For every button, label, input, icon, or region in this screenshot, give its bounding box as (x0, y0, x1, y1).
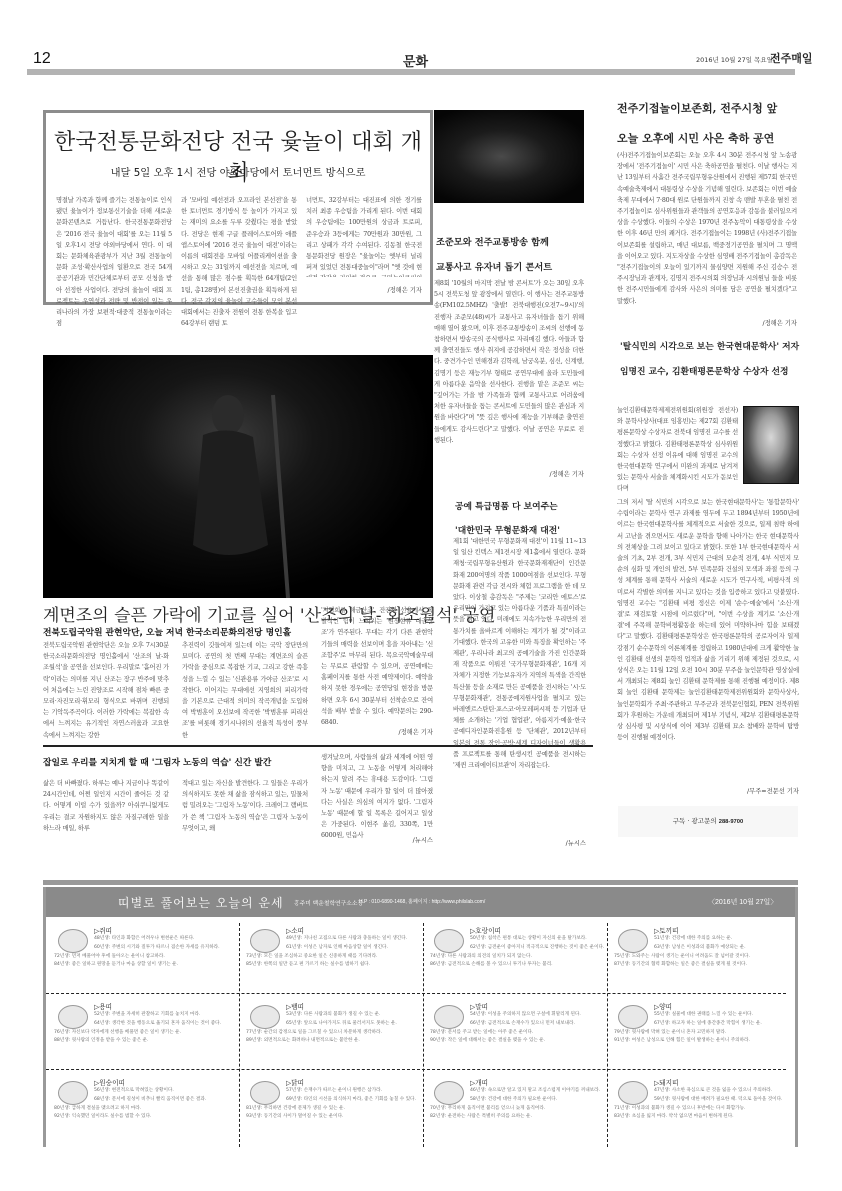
shadow-byline: /뉴시스 (321, 835, 433, 844)
craft-body: 제1회 '대한민국 무형문화재 대전'이 11월 11~13일 일산 킨텍스 제… (453, 536, 586, 836)
header-divider (27, 69, 795, 75)
lead-column-1: 명절날 가족과 함께 즐기는 전통놀이로 인식됐던 윷놀이가 정보통신기술을 더… (56, 195, 172, 329)
fortune-line: 76년생: 자신보다 약자에게 선행을 베풀면 좋은 일이 생기는 운. (54, 1029, 234, 1038)
subscription-phone: 288-9700 (719, 819, 744, 825)
kijeop-headline-1: 전주기접놀이보존회, 전주시청 앞 (617, 100, 777, 116)
horoscope-contact: H.P : 010-6890-1468, 홈페이지 : http://www.p… (359, 898, 485, 905)
zodiac-name: ▷닭띠 (286, 1077, 304, 1087)
fortune-line: 54년생: 이성을 주의하지 않으면 구설에 휘말리게 된다. (430, 1011, 610, 1020)
grid-divider (239, 923, 240, 1147)
zodiac-name: ▷돼지띠 (654, 1077, 679, 1087)
fortune-line: 72년생: 먼저 베풀어야 후에 돌아오는 운이니 참고하라. (54, 953, 234, 962)
craft-byline: /뉴시스 (453, 838, 586, 847)
craft-headline-2: '대한민국 무형문화재 대전' (455, 523, 560, 536)
zodiac-dragon: ▷용띠 52년생: 주변을 자세히 관찰하고 기회를 놓치지 마라.64년생: … (54, 1001, 234, 1071)
fortune-line: 84년생: 좋은 일하고 원망을 듣거나 마음 상할 일이 생기는 운. (54, 961, 234, 970)
sanjo-subheadline: 전북도립국악원 관현악단, 오늘 저녁 한국소리문화의전당 명인홀 (43, 625, 291, 638)
fortune-line: 65년생: 앞으로 나아가지도 뒤로 물러서지도 못하는 운. (246, 1020, 426, 1029)
zodiac-name: ▷쥐띠 (94, 925, 112, 935)
zodiac-name: ▷소띠 (286, 925, 304, 935)
page-number: 12 (33, 50, 51, 68)
gayageum-performer-photo (43, 355, 433, 598)
fortune-line: 88년생: 윗사람의 인정을 받을 수 있는 좋은 운. (54, 1037, 234, 1046)
horoscope-title: 띠별로 풀어보는 오늘의 운세 (118, 894, 284, 911)
fortune-line: 68년생: 문서에 길성이 비추니 빨리 움직이면 좋은 결과. (54, 1096, 234, 1105)
fortune-line: 80년생: 급하게 결실을 맺으려고 하지 마라. (54, 1105, 234, 1114)
fortune-line: 50년생: 침착은 편통 대로는 상황이 자신의 운을 탈가보라. (430, 935, 610, 944)
newspaper-name: 전주매일 (770, 50, 813, 66)
fortune-line: 71년생: 이성과의 불화가 생길 수 있으니 후반에는 다시 화합가능. (614, 1105, 794, 1114)
lim-myeongjin-portrait (743, 406, 799, 484)
fortune-line: 48년생: 타인과 화합은 어려우나 변천운은 따른다. (54, 935, 234, 944)
fortune-line: 75년생: 도와주는 사람이 생기는 운이니 어려움도 잘 넘어갈 것이다. (614, 953, 794, 962)
zodiac-name: ▷호랑이띠 (470, 925, 501, 935)
issue-date: 2016년 10월 27일 목요일 (696, 55, 773, 64)
fortune-line: 53년생: 다른 사람과의 불화가 생길 수 있는 운. (246, 1011, 426, 1020)
horoscope-date: 〈2016년 10월 27일〉 (708, 897, 777, 907)
fortune-line: 83년생: 초심을 잃지 마라. 약삭 없으면 마음이 변하게 된다. (614, 1113, 794, 1122)
daily-horoscope-box: 띠별로 풀어보는 오늘의 운세 홍주미 백운철학연구소소장 H.P : 010-… (43, 887, 798, 1147)
zodiac-name: ▷뱀띠 (286, 1001, 304, 1011)
zodiac-rabbit: ▷토끼띠 51년생: 건강에 대한 주의를 요하는 운.63년생: 남성은 이성… (614, 925, 794, 995)
shadow-column-2: 적대고 있는 자신을 발견한다. 그 일들은 우리가 의식하지도 못한 채 삶을… (182, 778, 308, 846)
lim-body-part-1: 눌인김환태문학제제전위원회(위원장 전선자)와 문학사상사(대표 임홍빈)는 제… (617, 405, 738, 497)
sanjo-column-1: 전북도립국악원 관현악단은 오늘 오후 7시30분 한국소리문화의전당 명인홀에… (43, 640, 169, 740)
fortune-line: 49년생: 지나친 고집으로 다른 사람과 충돌하는 일이 생긴다. (246, 935, 426, 944)
concert-body: 제8회 '10월의 마지막 전날 밤 콘서트'가 오는 30일 오후 5시 전북… (434, 278, 584, 469)
horoscope-header: 띠별로 풀어보는 오늘의 운세 홍주미 백운철학연구소소장 H.P : 010-… (46, 887, 795, 917)
fortune-line: 81년생: 무리하면 건강에 문제가 생길 수 있는 운. (246, 1105, 426, 1114)
lim-body-part-2: 그의 저서 '탈 식민의 시각으로 보는 한국현대문학사'는 '통합문학사' 수… (617, 497, 799, 787)
fortune-line: 92년생: 익숙했던 일이라도 실수를 범할 수 있다. (54, 1113, 234, 1122)
concert-photo (434, 110, 584, 203)
fortune-line: 60년생: 주변의 시기와 질투가 따르니 겸손한 자세를 유지하라. (54, 944, 234, 953)
fortune-line: 86년생: 금전적으로 손해를 볼 수 있으니 투기나 투자는 불리. (430, 961, 610, 970)
fortune-line: 69년생: 타인의 시선을 의식하지 마라, 좋은 기회를 놓칠 수 있다. (246, 1096, 426, 1105)
fortune-line: 73년생: 모든 일을 조심하고 중요한 일은 신중하게 때를 기다려라. (246, 953, 426, 962)
kijeop-byline: /정해은 기자 (617, 318, 797, 327)
fortune-line: 51년생: 건강에 대한 주의를 요하는 운. (614, 935, 794, 944)
zodiac-ox: ▷소띠 49년생: 지나친 고집으로 다른 사람과 충돌하는 일이 생긴다.61… (246, 925, 426, 995)
fortune-line: 47년생: 사소한 욕심으로 큰 것을 잃을 수 있으니 주의하라. (614, 1087, 794, 1096)
fortune-line: 79년생: 윗사람에 막혀 있는 운이니 혼자 고민하지 말라. (614, 1029, 794, 1038)
subscription-label: 구독 · 광고문의 (673, 817, 717, 825)
fortune-line: 66년생: 금전적으로 손재수가 있으니 먼저 내보내라. (430, 1020, 610, 1029)
sanjo-byline: /정해은 기자 (321, 727, 433, 736)
zodiac-name: ▷용띠 (94, 1001, 112, 1011)
fortune-line: 57년생: 손재수가 따르는 운이니 원행은 삼가라. (246, 1087, 426, 1096)
fortune-line: 46년생: 속으로만 알고 있지 말고 조심스럽게 이야기를 꺼내보라. (430, 1087, 610, 1096)
lim-headline-2: 임명진 교수, 김환태평론문학상 수상자 선정 (620, 364, 789, 377)
zodiac-name: ▷원숭이띠 (94, 1077, 125, 1087)
fortune-line: 91년생: 여성은 남성으로 인해 힘든 일이 발생하는 운이니 주의하라. (614, 1037, 794, 1046)
section-name: 문화 (403, 51, 428, 70)
fortune-line: 67년생: 하고자 하는 일에 종간종간 막힘이 생기는 운. (614, 1020, 794, 1029)
fortune-line: 59년생: 윗사람에 대한 배려가 필요한 때. 덕으로 돌아올 것이다. (614, 1096, 794, 1105)
zodiac-name: ▷개띠 (470, 1077, 488, 1087)
fortune-line: 64년생: 생각한 것을 행동으로 옮기되 혼자 움직이는 것이 좋다. (54, 1020, 234, 1029)
lead-column-2: 과 '모바일 예선전과 오프라인 본선전'을 통한 토너먼트 경기방식 등 놀이… (181, 195, 297, 329)
zodiac-rooster: ▷닭띠 57년생: 손재수가 따르는 운이니 원행은 삼가라.69년생: 타인의… (246, 1077, 426, 1147)
sanjo-column-2: 추진력이 깃들여져 있는데 이는 국악 장단만의 묘미다. 공연의 첫 번째 무… (182, 640, 308, 740)
fortune-line: 82년생: 운전하는 사람은 특별히 주의를 요하는 운. (430, 1113, 610, 1122)
fortune-top-divider (43, 880, 798, 885)
zodiac-name: ▷말띠 (470, 1001, 488, 1011)
fortune-line: 90년생: 작은 일에 대해서는 좋은 결실을 맺을 수 있는 운. (430, 1037, 610, 1046)
zodiac-monkey: ▷원숭이띠 56년생: 현전적으로 막혀있는 상황이다.68년생: 문서에 길성… (54, 1077, 234, 1147)
zodiac-name: ▷양띠 (654, 1001, 672, 1011)
concert-headline-1: 조준모와 전주교통방송 함께 (436, 234, 549, 248)
zodiac-sheep: ▷양띠 55년생: 실물에 대한 권태를 느낄 수 있는 운이다.67년생: 하… (614, 1001, 794, 1071)
concert-byline: /정해은 기자 (434, 469, 584, 478)
lead-column-3: 너먼트, 32강부터는 대진표에 의한 경기를 치러 최종 우승팀을 가리게 된… (306, 195, 422, 277)
lead-byline: /정해은 기자 (306, 285, 422, 294)
fortune-line: 58년생: 건강에 대한 주의가 필요한 운이다. (430, 1096, 610, 1105)
shadow-column-1: 삶은 더 바빠졌다. 하루는 예나 지금이나 똑같이 24시간인데, 어쩐 일인… (43, 778, 169, 846)
fortune-line: 93년생: 동기간의 사이가 멀어질 수 있는 운이다. (246, 1113, 426, 1122)
zodiac-name: ▷토끼띠 (654, 925, 679, 935)
fortune-line: 61년생: 이성은 남자로 인해 마음상할 일이 생긴다. (246, 944, 426, 953)
craft-headline-1: 공예 특급명품 다 보여주는 (455, 499, 558, 512)
kijeop-headline-2: 오늘 오후에 시민 사은 축하 공연 (617, 130, 774, 146)
zodiac-snake: ▷뱀띠 53년생: 다른 사람과의 불화가 생길 수 있는 운.65년생: 앞으… (246, 1001, 426, 1071)
fortune-line: 62년생: 금전운이 좋아지니 적극적으로 진행하는 것이 좋은 운이다. (430, 944, 610, 953)
lim-byline: /무주=전문선 기자 (617, 786, 799, 795)
zodiac-rat: ▷쥐띠 48년생: 타인과 화합은 어려우나 변천운은 따른다.60년생: 주변… (54, 925, 234, 995)
fortune-line: 87년생: 동기간의 협력 화합하는 일은 좋은 결실을 맺게 될 것이다. (614, 961, 794, 970)
fortune-line: 85년생: 한쪽의 일만 듣고 편 가르기 하는 실수를 범하기 쉽다. (246, 961, 426, 970)
shadow-labor-headline: 잡일로 우리를 지치게 할 때 '그림자 노동의 역습' 신간 발간 (43, 755, 271, 768)
horoscope-author: 홍주미 백운철학연구소소장 (294, 898, 363, 907)
lead-subheadline: 내달 5일 오후 1시 전당 야외마당에서 토너먼트 방식으로 (46, 164, 430, 179)
fortune-line: 55년생: 실물에 대한 권태를 느낄 수 있는 운이다. (614, 1011, 794, 1020)
fortune-line: 63년생: 남성은 이성과의 불화가 예상되는 운. (614, 944, 794, 953)
fortune-line: 74년생: 다른 사람과의 의견의 일치가 되지 않는다. (430, 953, 610, 962)
fortune-line: 70년생: 무리하게 움직이면 불리를 얻으니 늦게 움직여라. (430, 1105, 610, 1114)
sanjo-column-3: '지영희류 해금산조', 잔잔한 선율에서 폭발적인 힘이 느껴지는 '원장현류… (321, 605, 433, 740)
zodiac-pig: ▷돼지띠 47년생: 사소한 욕심으로 큰 것을 잃을 수 있으니 주의하라.5… (614, 1077, 794, 1147)
fortune-line: 77년생: 순간의 감정으로 일을 그르칠 수 있으니 차분하게 생각하라. (246, 1029, 426, 1038)
zodiac-dog: ▷개띠 46년생: 속으로만 알고 있지 말고 조심스럽게 이야기를 꺼내보라.… (430, 1077, 610, 1147)
lead-article: 한국전통문화전당 전국 윷놀이 대회 개최 내달 5일 오후 1시 전당 야외마… (43, 110, 433, 305)
zodiac-tiger: ▷호랑이띠 50년생: 침착은 편통 대로는 상황이 자신의 운을 탈가보라.6… (430, 925, 610, 995)
shadow-column-3: 생겨났으며, 사람들의 삶과 세계에 어떤 영향을 미치고, 그 노동을 어떻게… (321, 752, 433, 842)
fortune-line: 56년생: 현전적으로 막혀있는 상황이다. (54, 1087, 234, 1096)
zodiac-horse: ▷말띠 54년생: 이성을 주의하지 않으면 구설에 휘말리게 된다.66년생:… (430, 1001, 610, 1071)
fortune-line: 78년생: 문서를 주고 받는 일에는 아주 좋은 운이다. (430, 1029, 610, 1038)
fortune-line: 52년생: 주변을 자세히 관찰하고 기회를 놓치지 마라. (54, 1011, 234, 1020)
subscription-ad: 구독 · 광고문의 288-9700 (618, 806, 798, 837)
performer-silhouette-icon (43, 355, 433, 598)
lim-headline-1: '탈식민의 시각으로 보는 한국현대문학사' 저자 (620, 339, 799, 352)
fortune-line: 89년생: 외면적으로는 화려하나 내면적으로는 불안한 운. (246, 1037, 426, 1046)
concert-headline-2: 교통사고 유자녀 돕기 콘서트 (436, 259, 552, 273)
kijeop-body: (사)전주기접놀이보존회는 오늘 오후 4시 30분 전주시청 앞 노송광장에서… (617, 150, 797, 318)
